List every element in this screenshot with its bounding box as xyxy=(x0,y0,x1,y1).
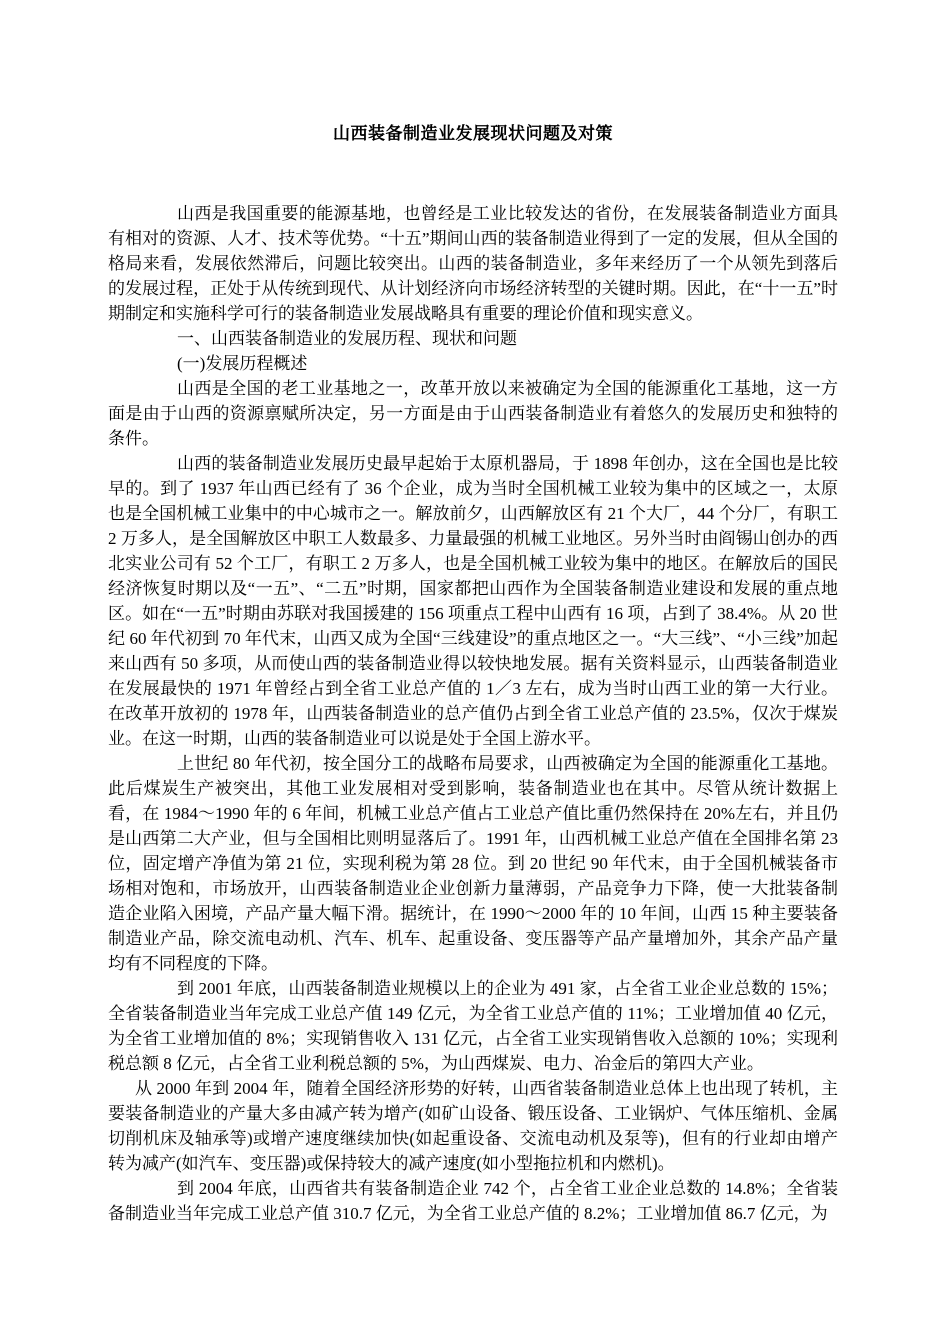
paragraph-2000-2004-turnaround: 从 2000 年到 2004 年，随着全国经济形势的好转，山西省装备制造业总体上… xyxy=(108,1076,838,1176)
paragraph-intro: 山西是我国重要的能源基地，也曾经是工业比较发达的省份，在发展装备制造业方面具有相… xyxy=(108,201,838,326)
paragraph-2004-statistics: 到 2004 年底，山西省共有装备制造企业 742 个，占全省工业企业总数的 1… xyxy=(108,1176,838,1226)
section-heading-development-history: 一、山西装备制造业的发展历程、现状和问题 xyxy=(108,326,838,351)
paragraph-old-industrial-base: 山西是全国的老工业基地之一，改革开放以来被确定为全国的能源重化工基地，这一方面是… xyxy=(108,376,838,451)
document-title: 山西装备制造业发展现状问题及对策 xyxy=(108,121,838,146)
paragraph-early-history: 山西的装备制造业发展历史最早起始于太原机器局，于 1898 年创办，这在全国也是… xyxy=(108,451,838,751)
paragraph-2001-statistics: 到 2001 年底，山西装备制造业规模以上的企业为 491 家，占全省工业企业总… xyxy=(108,976,838,1076)
subsection-heading-history-overview: (一)发展历程概述 xyxy=(108,351,838,376)
document-body: 山西是我国重要的能源基地，也曾经是工业比较发达的省份，在发展装备制造业方面具有相… xyxy=(108,201,838,1226)
paragraph-1980s-decline: 上世纪 80 年代初，按全国分工的战略布局要求，山西被确定为全国的能源重化工基地… xyxy=(108,751,838,976)
document-page: 山西装备制造业发展现状问题及对策 山西是我国重要的能源基地，也曾经是工业比较发达… xyxy=(0,0,950,1344)
